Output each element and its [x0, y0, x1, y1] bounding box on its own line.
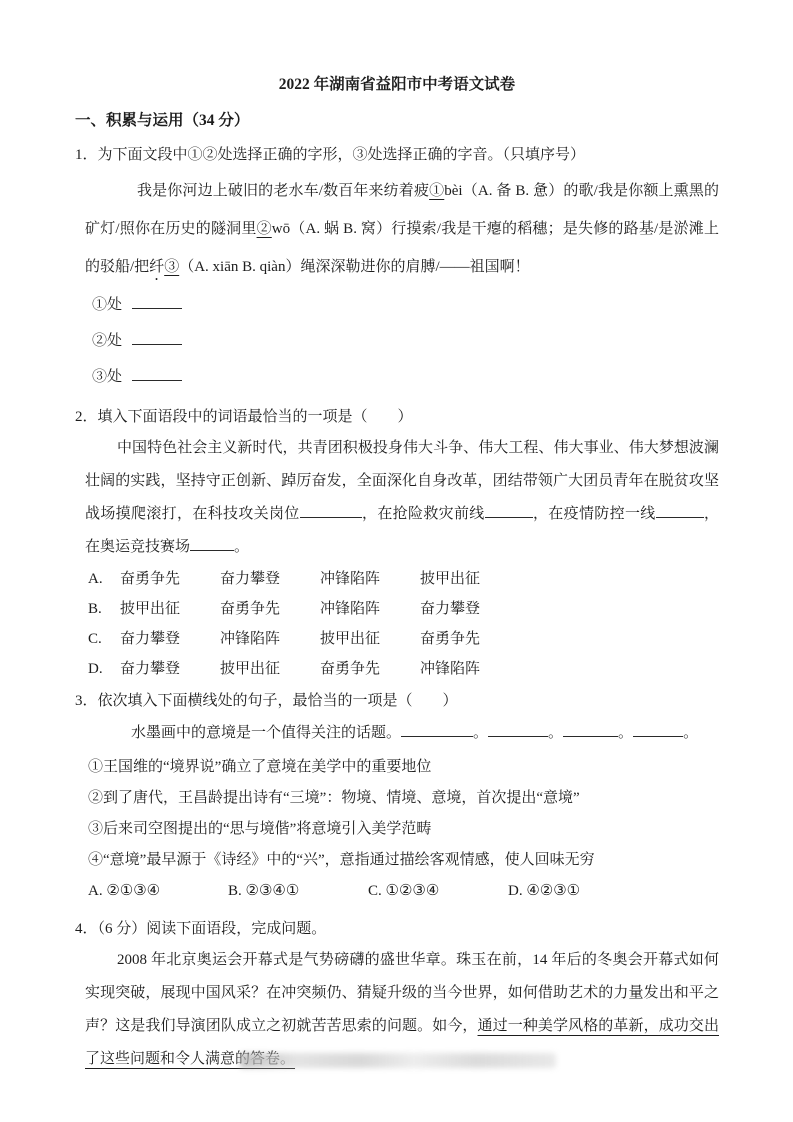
q3-sentence-4: ④“意境”最早源于《诗经》中的“兴”，意指通过描绘客观情感，使人回味无穷	[88, 845, 719, 876]
q2-option-b-word4: 奋力攀登	[420, 594, 520, 624]
page-title: 2022 年湖南省益阳市中考语文试卷	[75, 74, 719, 96]
q1-passage-seg4: （A. xiān B. qiàn）绳深深勒进你的肩膊/——祖国啊！	[179, 259, 529, 275]
q2-option-c-label: C.	[88, 624, 120, 654]
q3-option-d: D. ④②③①	[508, 876, 648, 906]
q2-stem: 2．填入下面语段中的词语最恰当的一项是（ ）	[75, 406, 719, 428]
q3-blank-2	[488, 722, 548, 737]
q2-option-a-word4: 披甲出征	[420, 564, 520, 594]
q2-option-b-word1: 披甲出征	[120, 594, 220, 624]
q3-lead-text: 水墨画中的意境是一个值得关注的话题。	[131, 725, 401, 741]
q3-sentence-list: ①王国维的“境界说”确立了意境在美学中的重要地位 ②到了唐代，王昌龄提出诗有“三…	[88, 752, 719, 876]
q2-option-a-label: A.	[88, 564, 120, 594]
q1-circled-3: ③	[164, 259, 179, 275]
q1-emphasized-char: 纤	[149, 259, 164, 275]
q2-option-b-label: B.	[88, 594, 120, 624]
exam-paper-page: 2022 年湖南省益阳市中考语文试卷 一、积累与运用（34 分） 1．为下面文段…	[0, 0, 793, 1122]
q2-passage-seg5: 。	[234, 539, 249, 555]
q1-pinyin-1: bèi	[444, 183, 462, 199]
q2-option-b-word3: 冲锋陷阵	[320, 594, 420, 624]
q2-option-b: B. 披甲出征 奋勇争先 冲锋陷阵 奋力攀登	[88, 594, 719, 624]
q3-option-b: B. ②③④①	[228, 876, 368, 906]
q1-answer-label-2: ②处	[92, 333, 122, 349]
watermark-smudge	[240, 1053, 556, 1068]
q2-option-a-word1: 奋勇争先	[120, 564, 220, 594]
q2-option-a-word2: 奋力攀登	[220, 564, 320, 594]
q2-option-c: C. 奋力攀登 冲锋陷阵 披甲出征 奋勇争先	[88, 624, 719, 654]
q2-option-a-word3: 冲锋陷阵	[320, 564, 420, 594]
q1-passage-seg1: 我是你河边上破旧的老水车/数百年来纺着疲	[137, 183, 429, 199]
q2-option-d-word3: 奋勇争先	[320, 654, 420, 684]
q3-options-row: A. ②①③④ B. ②③④① C. ①②③④ D. ④②③①	[88, 876, 719, 906]
q2-blank-4	[190, 536, 234, 551]
q1-stem: 1．为下面文段中①②处选择正确的字形，③处选择正确的字音。（只填序号）	[75, 144, 719, 166]
q1-circled-2: ②	[257, 221, 272, 237]
q1-answer-row-3: ③处	[92, 366, 719, 394]
q2-blank-2	[485, 503, 533, 518]
q1-answer-row-2: ②处	[92, 330, 719, 358]
q3-option-c: C. ①②③④	[368, 876, 508, 906]
q3-option-a: A. ②①③④	[88, 876, 228, 906]
q2-passage-seg2: ，在抢险救灾前线	[362, 506, 485, 522]
q2-blank-1	[300, 503, 362, 518]
q3-period-1: 。	[473, 725, 488, 741]
q1-answer-label-1: ①处	[92, 297, 122, 313]
q2-passage-seg3: ，在疫情防控一线	[533, 506, 656, 522]
q3-sentence-1: ①王国维的“境界说”确立了意境在美学中的重要地位	[88, 752, 719, 783]
q3-lead-sentence: 水墨画中的意境是一个值得关注的话题。。。。。	[87, 722, 719, 744]
q3-period-4: 。	[683, 725, 698, 741]
q2-option-d-label: D.	[88, 654, 120, 684]
q2-option-c-word4: 奋勇争先	[420, 624, 520, 654]
q1-passage: 我是你河边上破旧的老水车/数百年来纺着疲①bèi（A. 备 B. 惫）的歌/我是…	[85, 172, 719, 286]
q2-option-c-word1: 奋力攀登	[120, 624, 220, 654]
q4-stem: 4．（6 分）阅读下面语段，完成问题。	[75, 918, 719, 940]
q2-option-d-word1: 奋力攀登	[120, 654, 220, 684]
q2-option-d: D. 奋力攀登 披甲出征 奋勇争先 冲锋陷阵	[88, 654, 719, 684]
q1-answer-blank-3	[132, 366, 182, 381]
q1-answer-blank-1	[132, 294, 182, 309]
q1-circled-1: ①	[429, 183, 444, 199]
q3-blank-4	[633, 722, 683, 737]
q1-pinyin-2: wō	[272, 221, 290, 237]
q3-period-2: 。	[548, 725, 563, 741]
q3-sentence-3: ③后来司空图提出的“思与境偕”将意境引入美学范畴	[88, 814, 719, 845]
q2-option-c-word2: 冲锋陷阵	[220, 624, 320, 654]
q1-answer-blank-2	[132, 330, 182, 345]
q3-blank-1	[401, 722, 473, 737]
q3-blank-3	[563, 722, 618, 737]
q3-sentence-2: ②到了唐代，王昌龄提出诗有“三境”：物境、情境、意境，首次提出“意境”	[88, 783, 719, 814]
q3-stem: 3．依次填入下面横线处的句子，最恰当的一项是（ ）	[75, 690, 719, 712]
q2-passage: 中国特色社会主义新时代，共青团积极投身伟大斗争、伟大工程、伟大事业、伟大梦想波澜…	[85, 432, 719, 564]
q2-blank-3	[656, 503, 704, 518]
q2-option-d-word4: 冲锋陷阵	[420, 654, 520, 684]
q2-option-b-word2: 奋勇争先	[220, 594, 320, 624]
q2-option-a: A. 奋勇争先 奋力攀登 冲锋陷阵 披甲出征	[88, 564, 719, 594]
q1-answer-row-1: ①处	[92, 294, 719, 322]
q2-option-c-word3: 披甲出征	[320, 624, 420, 654]
q3-period-3: 。	[618, 725, 633, 741]
q2-option-d-word2: 披甲出征	[220, 654, 320, 684]
section-heading: 一、积累与运用（34 分）	[75, 110, 719, 132]
q1-answer-label-3: ③处	[92, 369, 122, 385]
